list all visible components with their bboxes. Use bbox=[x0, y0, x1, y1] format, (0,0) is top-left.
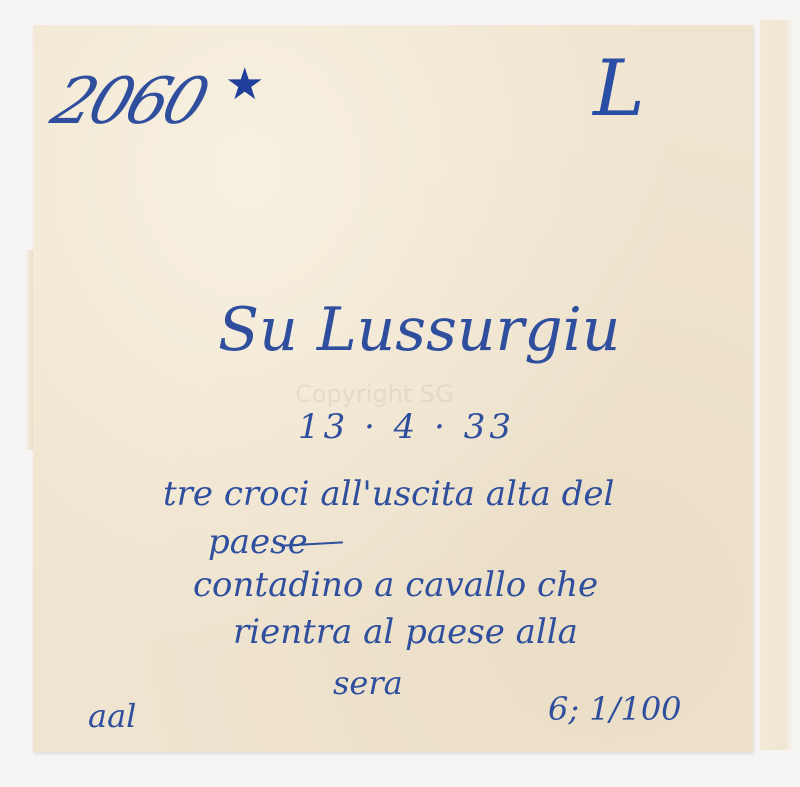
initials: aal bbox=[88, 700, 136, 732]
description-line-2: paese bbox=[208, 525, 308, 559]
description-line-3: contadino a cavallo che bbox=[193, 568, 598, 602]
category-letter: L bbox=[593, 50, 645, 128]
copyright-watermark: Copyright SG bbox=[295, 380, 454, 408]
back-sheet-edge bbox=[760, 20, 794, 750]
description-line-1: tre croci all'uscita alta del bbox=[163, 477, 614, 511]
star-icon: ★ bbox=[225, 63, 264, 107]
catalog-number: 2060 bbox=[45, 70, 213, 134]
exposure-note: 6; 1/100 bbox=[548, 693, 682, 725]
description-line-5: sera bbox=[333, 667, 403, 699]
photo-date: 13 · 4 · 33 bbox=[298, 410, 515, 444]
place-name: Su Lussurgiu bbox=[218, 300, 620, 360]
description-line-4: rientra al paese alla bbox=[233, 615, 578, 649]
